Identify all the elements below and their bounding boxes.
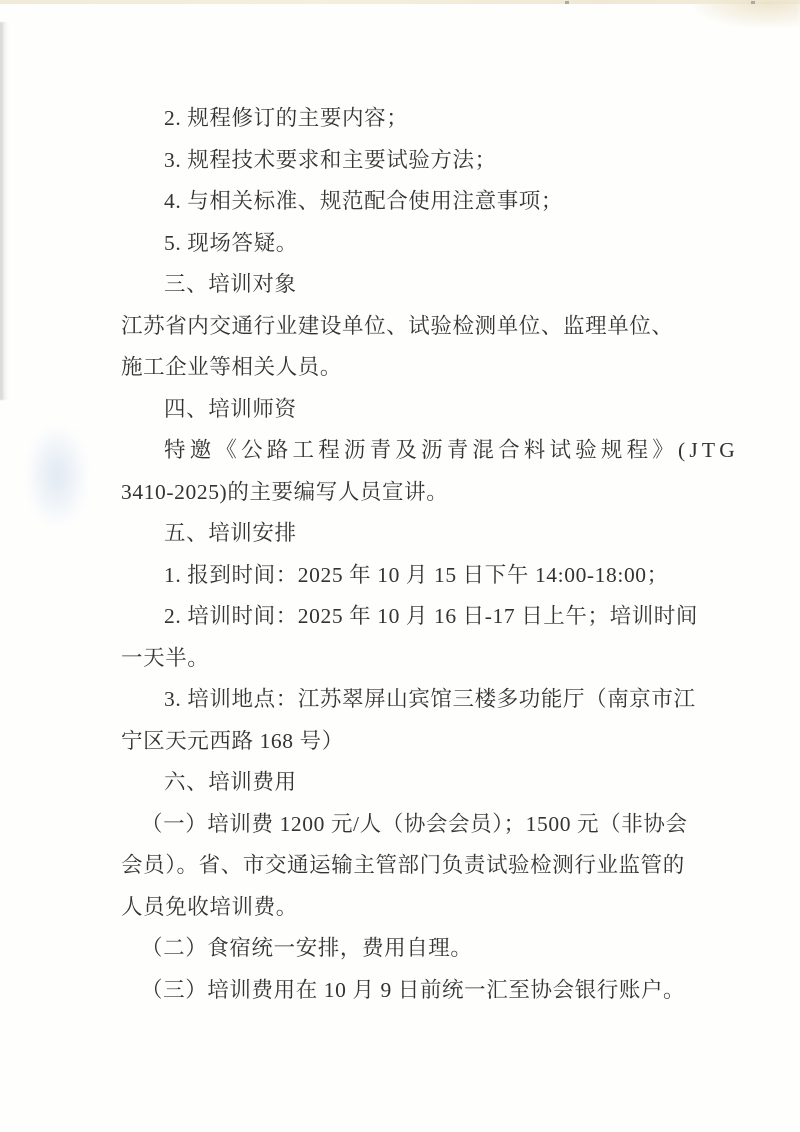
list-item: 5. 现场答疑。 — [121, 223, 678, 265]
paragraph-line: 3410-2025)的主要编写人员宣讲。 — [121, 472, 678, 514]
paragraph-line: 宁区天元西路 168 号） — [121, 721, 678, 763]
paragraph-line: 特邀《公路工程沥青及沥青混合料试验规程》(JTG — [121, 430, 678, 472]
paragraph-line: 江苏省内交通行业建设单位、试验检测单位、监理单位、 — [121, 306, 678, 348]
section-heading: 四、培训师资 — [121, 389, 678, 431]
document-page: 2. 规程修订的主要内容； 3. 规程技术要求和主要试验方法； 4. 与相关标准… — [0, 0, 800, 1132]
list-item: 4. 与相关标准、规范配合使用注意事项； — [121, 181, 678, 223]
section-heading: 六、培训费用 — [121, 762, 678, 804]
paragraph-line: 会员）。省、市交通运输主管部门负责试验检测行业监管的 — [121, 845, 678, 887]
list-item: 3. 培训地点：江苏翠屏山宾馆三楼多功能厅（南京市江 — [121, 679, 678, 721]
section-heading: 五、培训安排 — [121, 513, 678, 555]
list-item: （一）培训费 1200 元/人（协会会员）；1500 元（非协会 — [121, 804, 678, 846]
paragraph-line: 施工企业等相关人员。 — [121, 347, 678, 389]
paragraph-line: 人员免收培训费。 — [121, 887, 678, 929]
paragraph-line: 一天半。 — [121, 638, 678, 680]
list-item: 1. 报到时间：2025 年 10 月 15 日下午 14:00-18:00； — [121, 555, 678, 597]
list-item: （二）食宿统一安排，费用自理。 — [121, 928, 678, 970]
section-heading: 三、培训对象 — [121, 264, 678, 306]
list-item: 2. 培训时间：2025 年 10 月 16 日-17 日上午；培训时间 — [121, 596, 678, 638]
list-item: 3. 规程技术要求和主要试验方法； — [121, 140, 678, 182]
list-item: （三）培训费用在 10 月 9 日前统一汇至协会银行账户。 — [121, 970, 678, 1012]
list-item: 2. 规程修订的主要内容； — [121, 98, 678, 140]
document-body: 2. 规程修订的主要内容； 3. 规程技术要求和主要试验方法； 4. 与相关标准… — [0, 0, 800, 1011]
